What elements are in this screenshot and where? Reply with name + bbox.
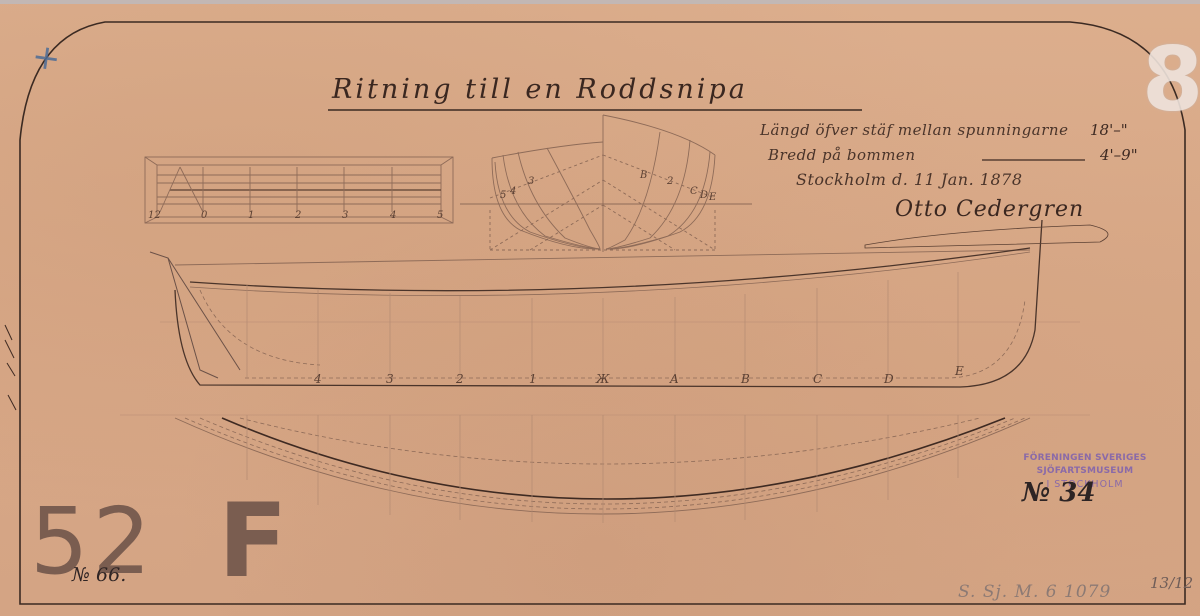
signature: Otto Cedergren [895, 197, 1084, 222]
profile-view [150, 220, 1108, 387]
body-plan-label: C [690, 186, 698, 197]
station-label: A [670, 372, 679, 386]
scale-label: 4 [390, 210, 396, 221]
scale-label: 12 [148, 210, 161, 221]
body-plan-label: 3 [528, 176, 534, 187]
body-plan-label: E [709, 192, 716, 203]
corner-number: 8 [1142, 28, 1200, 131]
blue-cross-mark: + [29, 36, 63, 80]
archive-reference: S. Sj. M. 6 1079 [958, 582, 1111, 602]
stencil-letter: F [218, 482, 288, 601]
station-label: C [813, 372, 822, 386]
station-label: 2 [456, 372, 464, 386]
station-label: Ж [596, 372, 609, 386]
body-plan-label: 4 [510, 186, 516, 197]
station-label: 4 [314, 372, 322, 386]
body-plan-label: B [640, 170, 647, 181]
page-reference: 13/12 [1150, 574, 1193, 592]
scale-label: 3 [342, 210, 348, 221]
station-label: 1 [529, 372, 537, 386]
body-plan-label: 2 [667, 176, 673, 187]
station-label: E [955, 364, 964, 378]
body-plan-label: 5 [500, 190, 506, 201]
place-date: Stockholm d. 11 Jan. 1878 [796, 170, 1023, 189]
spec-length-value: 18'–" [1090, 121, 1128, 139]
station-label: 3 [386, 372, 394, 386]
stamp-line-1: FÖRENINGEN SVERIGES SJÖFARTSMUSEUM [990, 452, 1180, 478]
body-plan-label: D [700, 190, 708, 201]
spec-breadth-value: 4'–9" [1100, 146, 1138, 164]
catalog-number: № 34 [1022, 478, 1096, 508]
drawing-title: Ritning till en Roddsnipa [332, 74, 748, 105]
spec-breadth-label: Bredd på bommen [768, 146, 915, 164]
scale-label: 0 [201, 210, 207, 221]
body-plan [460, 115, 752, 252]
station-label: B [741, 372, 750, 386]
scale-label: 5 [437, 210, 443, 221]
scale-label: 1 [248, 210, 254, 221]
station-label: D [884, 372, 894, 386]
spec-length-label: Längd öfver stäf mellan spunningarne [760, 121, 1068, 139]
scale-label: 2 [295, 210, 301, 221]
handwritten-number: № 66. [72, 564, 126, 586]
